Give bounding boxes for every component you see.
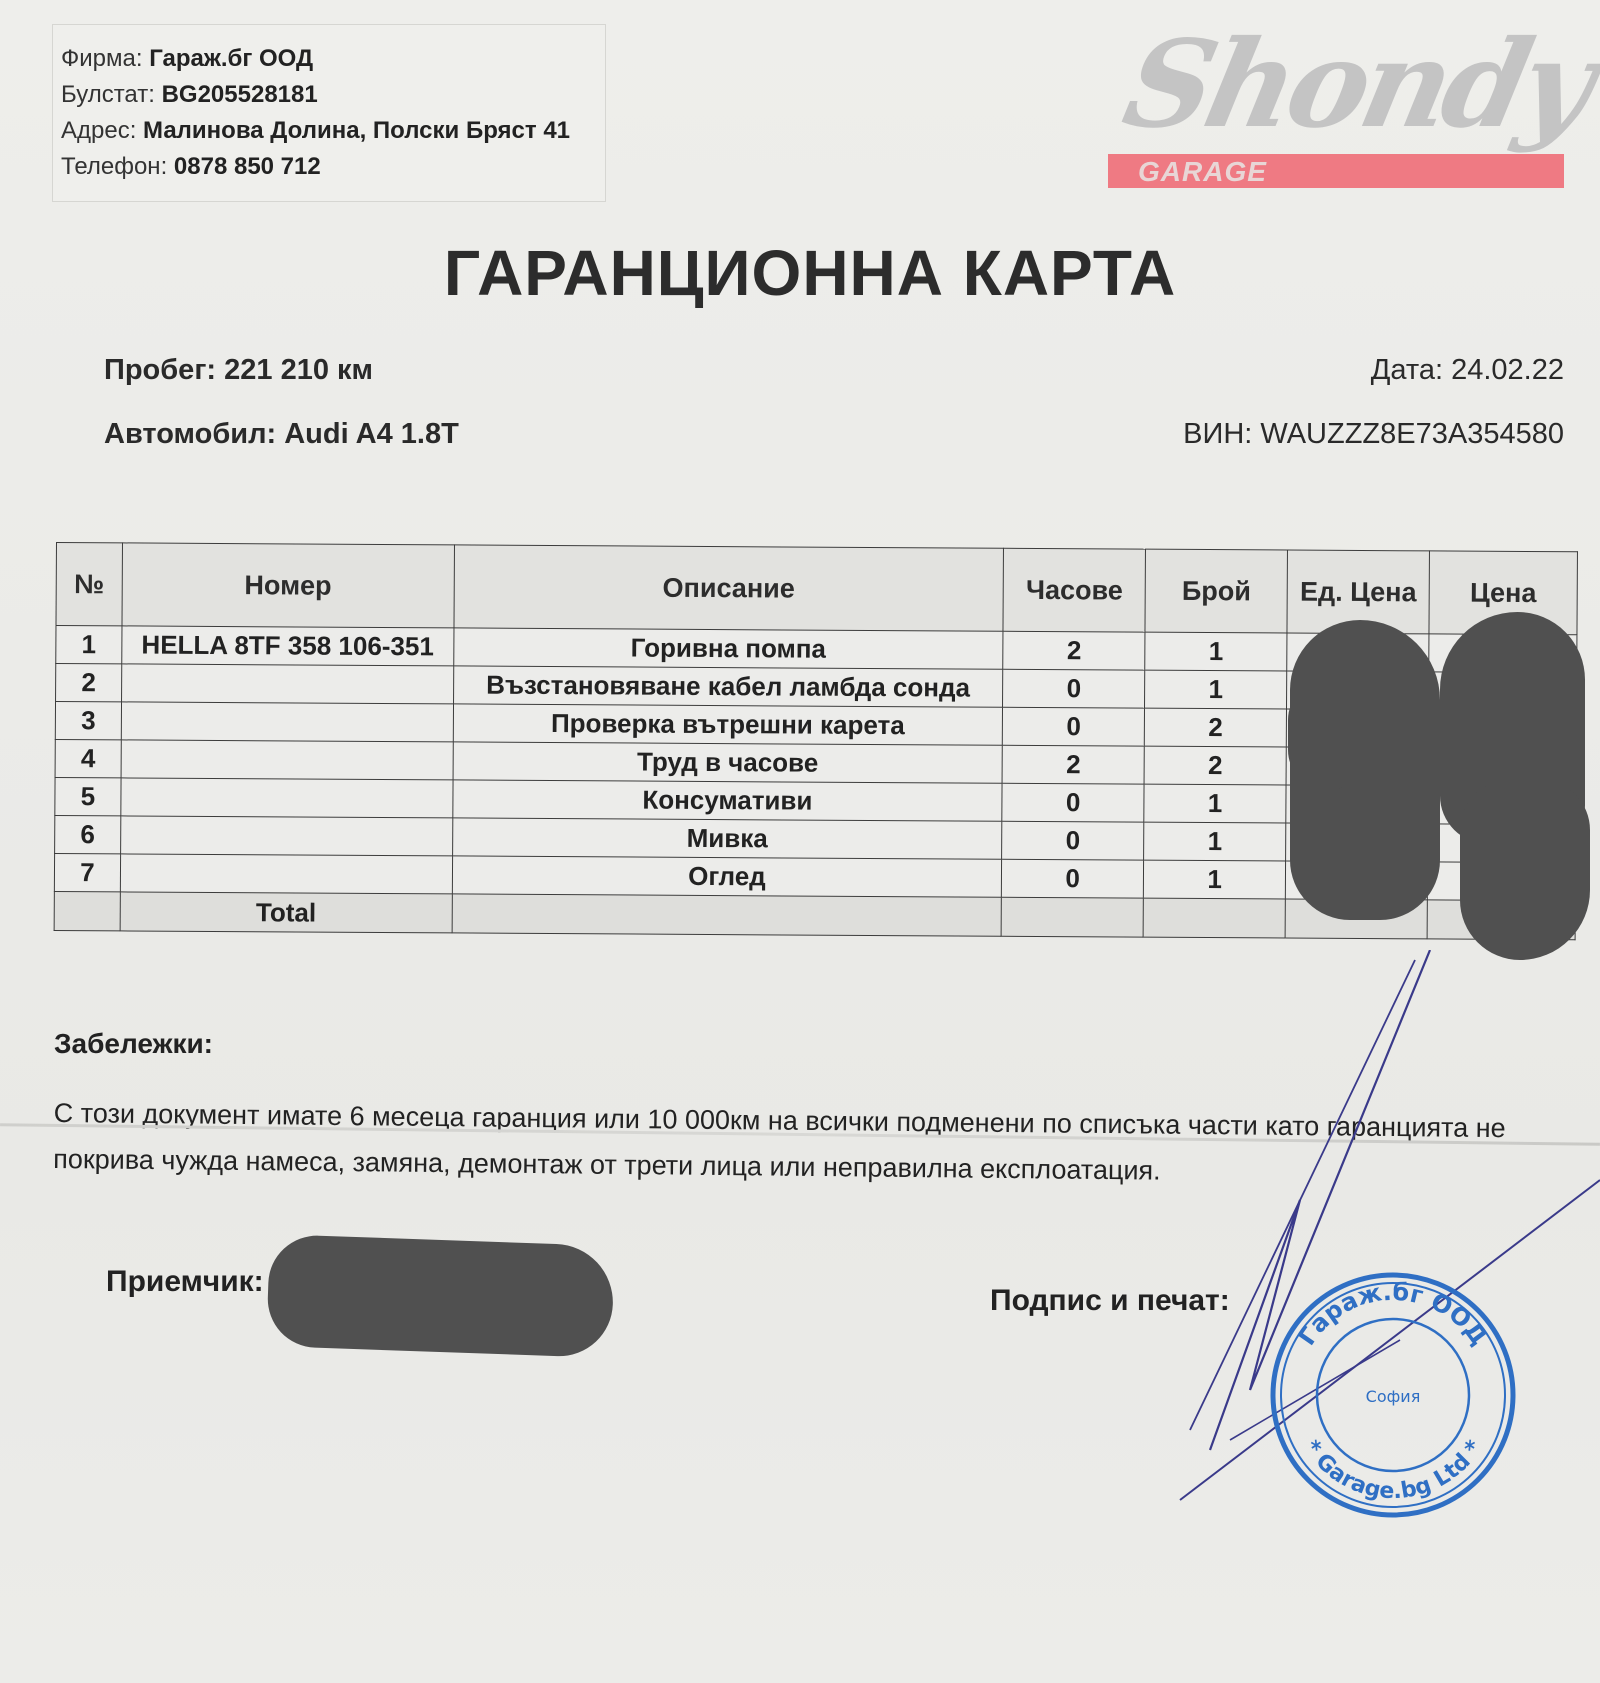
logo-band-text: GARAGE — [1138, 156, 1267, 188]
row-qty: 1 — [1144, 860, 1286, 899]
vin: ВИН: WAUZZZ8E73A354580 — [1183, 418, 1564, 451]
document-title: ГАРАНЦИОННА КАРТА — [0, 236, 1600, 310]
row-description: Горивна помпа — [453, 628, 1003, 669]
price-redaction-right-ext — [1460, 780, 1590, 960]
row-hours: 2 — [1002, 745, 1144, 784]
header-no: № — [56, 543, 122, 626]
row-hours: 0 — [1002, 859, 1144, 898]
date: Дата: 24.02.22 — [1371, 354, 1564, 387]
row-no: 3 — [55, 702, 121, 740]
row-hours: 0 — [1002, 783, 1144, 822]
row-part-number — [121, 702, 453, 742]
row-part-number — [121, 664, 453, 704]
total-qty-cell — [1143, 898, 1285, 938]
row-hours: 2 — [1003, 631, 1145, 670]
price-redaction-left-ext — [1288, 680, 1368, 790]
row-description: Труд в часове — [453, 742, 1003, 783]
row-hours: 0 — [1003, 707, 1145, 746]
header-part-number: Номер — [122, 543, 454, 628]
total-label: Total — [120, 892, 452, 933]
row-description: Възстановяване кабел ламбда сонда — [453, 666, 1003, 707]
company-bulstat: Булстат: BG205528181 — [61, 81, 318, 109]
row-part-number — [121, 816, 453, 856]
row-qty: 1 — [1144, 822, 1286, 861]
row-no: 4 — [55, 739, 121, 777]
company-phone: Телефон: 0878 850 712 — [61, 153, 321, 181]
total-description-cell — [452, 894, 1002, 936]
row-part-number — [121, 740, 453, 780]
row-no: 5 — [55, 777, 121, 815]
stamp-top-text: Гараж.бг ООД — [1293, 1278, 1494, 1351]
row-description: Консумативи — [452, 780, 1002, 821]
notes-title: Забележки: — [54, 1028, 213, 1060]
row-no: 6 — [55, 815, 121, 853]
total-no-cell — [54, 891, 120, 930]
mileage: Пробег: 221 210 км — [104, 354, 373, 387]
row-qty: 1 — [1144, 784, 1286, 823]
row-qty: 1 — [1145, 632, 1287, 671]
company-stamp: Гараж.бг ООД София * Garage.bg Ltd * — [1268, 1270, 1518, 1520]
row-no: 7 — [54, 853, 120, 891]
company-info-box: Фирма: Гараж.бг ООД Булстат: BG205528181… — [52, 24, 606, 202]
row-hours: 0 — [1002, 821, 1144, 860]
car-model: Автомобил: Audi A4 1.8T — [104, 418, 459, 451]
receiver-label: Приемчик: — [106, 1265, 264, 1299]
header-qty: Брой — [1145, 549, 1287, 633]
company-firm: Фирма: Гараж.бг ООД — [61, 45, 313, 73]
row-part-number — [120, 854, 452, 894]
row-no: 1 — [56, 626, 122, 664]
header-description: Описание — [454, 545, 1004, 631]
company-address: Адрес: Малинова Долина, Полски Бряст 41 — [61, 117, 570, 145]
row-qty: 1 — [1145, 670, 1287, 709]
garage-logo: GARAGE Shondy's — [1108, 14, 1568, 194]
total-hours-cell — [1001, 897, 1143, 937]
row-description: Проверка вътрешни карета — [453, 704, 1003, 745]
logo-script-text: Shondy's — [1113, 14, 1600, 155]
receiver-name-redaction — [266, 1234, 615, 1358]
row-no: 2 — [56, 664, 122, 702]
row-part-number: HELLA 8TF 358 106-351 — [122, 626, 454, 666]
row-description: Мивка — [452, 818, 1002, 859]
row-description: Оглед — [452, 856, 1002, 897]
row-qty: 2 — [1144, 708, 1286, 747]
row-hours: 0 — [1003, 669, 1145, 708]
header-hours: Часове — [1003, 548, 1145, 632]
stamp-city: София — [1366, 1387, 1421, 1406]
row-part-number — [121, 778, 453, 818]
row-qty: 2 — [1144, 746, 1286, 785]
svg-text:Гараж.бг ООД: Гараж.бг ООД — [1293, 1278, 1494, 1351]
